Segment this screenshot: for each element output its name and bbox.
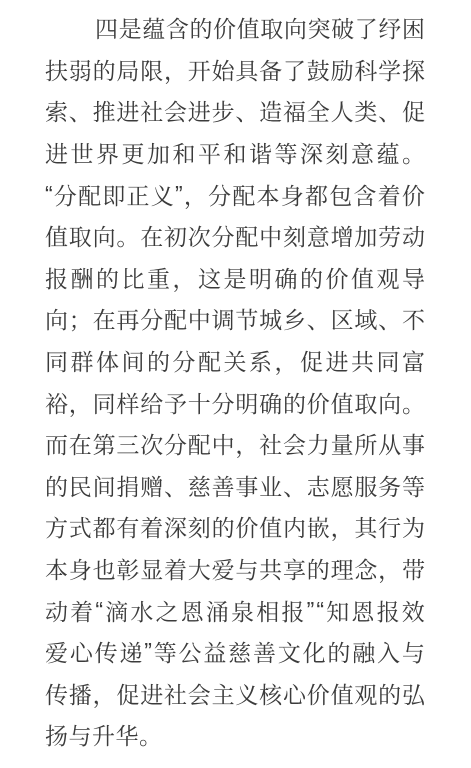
paragraph-line: 爱心传递”等公益慈善文化的融入与 xyxy=(45,631,425,673)
paragraph-line: 值取向。在初次分配中刻意增加劳动 xyxy=(45,215,425,257)
paragraph-line: 传播，促进社会主义核心价值观的弘 xyxy=(45,673,425,715)
paragraph-line: 而在第三次分配中，社会力量所从事 xyxy=(45,423,425,465)
document-page: 四是蕴含的价值取向突破了纾困扶弱的局限，开始具备了鼓励科学探索、推进社会进步、造… xyxy=(0,0,471,768)
paragraph-line: 报酬的比重，这是明确的价值观导 xyxy=(45,257,425,299)
paragraph-line: 四是蕴含的价值取向突破了纾困 xyxy=(45,7,425,49)
paragraph-line: 同群体间的分配关系，促进共同富 xyxy=(45,340,425,382)
paragraph-line: 方式都有着深刻的价值内嵌，其行为 xyxy=(45,506,425,548)
article-paragraph: 四是蕴含的价值取向突破了纾困扶弱的局限，开始具备了鼓励科学探索、推进社会进步、造… xyxy=(0,0,471,756)
paragraph-line: 本身也彰显着大爱与共享的理念，带 xyxy=(45,548,425,590)
paragraph-line: 进世界更加和平和谐等深刻意蕴。 xyxy=(45,132,425,174)
paragraph-line: 索、推进社会进步、造福全人类、促 xyxy=(45,90,425,132)
paragraph-line: 向；在再分配中调节城乡、区域、不 xyxy=(45,298,425,340)
paragraph-line: 动着“滴水之恩涌泉相报”“知恩报效 xyxy=(45,589,425,631)
paragraph-line: 的民间捐赠、慈善事业、志愿服务等 xyxy=(45,465,425,507)
paragraph-line: 扶弱的局限，开始具备了鼓励科学探 xyxy=(45,49,425,91)
paragraph-line: 扬与升华。 xyxy=(45,714,425,756)
paragraph-line: “分配即正义”，分配本身都包含着价 xyxy=(45,173,425,215)
paragraph-line: 裕，同样给予十分明确的价值取向。 xyxy=(45,381,425,423)
